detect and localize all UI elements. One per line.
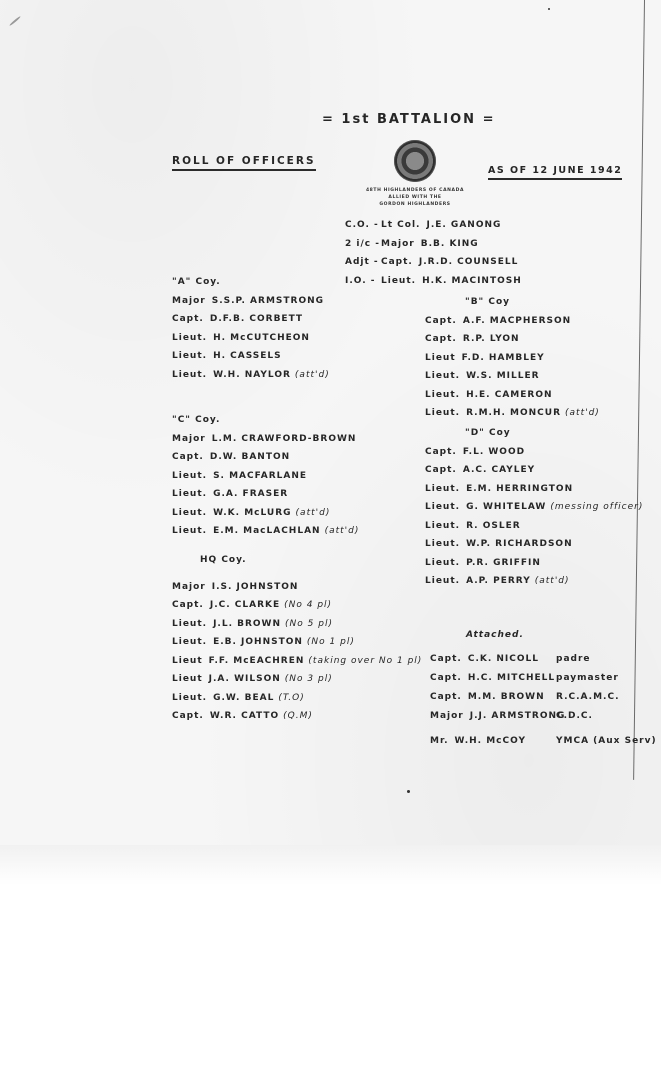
officer-rank: Capt. bbox=[172, 600, 204, 610]
officer-row: Capt.W.R. CATTO(Q.M) bbox=[172, 711, 313, 721]
attached-name: M.M. BROWN bbox=[468, 692, 545, 702]
staff-role: I.O. - bbox=[345, 276, 381, 286]
officer-rank: Capt. bbox=[425, 316, 457, 326]
attached-rank: Capt. bbox=[430, 673, 462, 683]
officer-row: LieutJ.A. WILSON(No 3 pl) bbox=[172, 674, 333, 684]
officer-rank: Capt. bbox=[425, 447, 457, 457]
officer-rank: Major bbox=[172, 296, 206, 306]
officer-name: W.H. NAYLOR bbox=[213, 370, 291, 380]
officer-name: H. CASSELS bbox=[213, 351, 282, 361]
crest-caption-line2: ALLIED WITH THE bbox=[350, 195, 480, 200]
crest-caption-line1: 48TH HIGHLANDERS OF CANADA bbox=[350, 188, 480, 193]
officer-rank: Major bbox=[172, 582, 206, 592]
officer-name: W.P. RICHARDSON bbox=[466, 539, 573, 549]
officer-row: MajorI.S. JOHNSTON bbox=[172, 582, 298, 592]
officer-name: W.K. McLURG bbox=[213, 508, 291, 518]
officer-rank: Lieut. bbox=[425, 390, 460, 400]
officer-row: Lieut.P.R. GRIFFIN bbox=[425, 558, 541, 568]
attached-rank: Mr. bbox=[430, 736, 449, 746]
officer-name: G. WHITELAW bbox=[466, 502, 546, 512]
officer-rank: Lieut. bbox=[425, 408, 460, 418]
staff-name: B.B. KING bbox=[421, 239, 479, 249]
staff-name: J.R.D. COUNSELL bbox=[419, 257, 519, 267]
officer-row: Capt.A.F. MACPHERSON bbox=[425, 316, 571, 326]
officer-rank: Lieut. bbox=[172, 508, 207, 518]
officer-name: J.A. WILSON bbox=[209, 674, 281, 684]
attached-row: Mr.W.H. McCOYYMCA (Aux Serv) bbox=[430, 736, 526, 746]
attached-row: Capt.C.K. NICOLLpadre bbox=[430, 654, 539, 664]
officer-rank: Lieut bbox=[172, 656, 203, 666]
page-margin-line bbox=[633, 0, 645, 780]
scan-bottom-shadow bbox=[0, 845, 661, 885]
officer-rank: Lieut. bbox=[172, 370, 207, 380]
officer-name: F.F. McEACHREN bbox=[209, 656, 305, 666]
officer-name: A.F. MACPHERSON bbox=[463, 316, 571, 326]
officer-rank: Lieut. bbox=[172, 333, 207, 343]
officer-rank: Lieut. bbox=[425, 576, 460, 586]
officer-rank: Lieut. bbox=[172, 351, 207, 361]
officer-row: Capt.R.P. LYON bbox=[425, 334, 520, 344]
crest-caption-line3: GORDON HIGHLANDERS bbox=[350, 202, 480, 207]
officer-row: Lieut.E.M. HERRINGTON bbox=[425, 484, 573, 494]
attached-role: paymaster bbox=[556, 673, 619, 683]
officer-note: (No 5 pl) bbox=[285, 619, 333, 629]
officer-rank: Capt. bbox=[425, 334, 457, 344]
officer-name: E.M. HERRINGTON bbox=[466, 484, 573, 494]
attached-role: padre bbox=[556, 654, 591, 664]
officer-rank: Capt. bbox=[172, 314, 204, 324]
officer-row: Lieut.J.L. BROWN(No 5 pl) bbox=[172, 619, 333, 629]
officer-name: S.S.P. ARMSTRONG bbox=[212, 296, 324, 306]
officer-row: Lieut.G.A. FRASER bbox=[172, 489, 288, 499]
officer-rank: Capt. bbox=[172, 711, 204, 721]
officer-row: Lieut.E.M. MacLACHLAN(att'd) bbox=[172, 526, 359, 536]
scan-speck bbox=[548, 8, 550, 10]
company-heading: "B" Coy bbox=[465, 297, 510, 307]
company-heading: "C" Coy. bbox=[172, 415, 220, 425]
attached-heading: Attached. bbox=[466, 630, 524, 640]
officer-rank: Lieut. bbox=[172, 526, 207, 536]
officer-row: Lieut.R. OSLER bbox=[425, 521, 521, 531]
staff-rank: Major bbox=[381, 239, 415, 249]
attached-rank: Major bbox=[430, 711, 464, 721]
officer-row: Capt.D.W. BANTON bbox=[172, 452, 290, 462]
officer-rank: Lieut. bbox=[172, 637, 207, 647]
officer-rank: Lieut. bbox=[425, 521, 460, 531]
officer-note: (att'd) bbox=[296, 508, 331, 518]
officer-rank: Lieut. bbox=[425, 539, 460, 549]
hq-staff-row: I.O. -Lieut.H.K. MACINTOSH bbox=[345, 276, 522, 286]
officer-row: Lieut.S. MACFARLANE bbox=[172, 471, 307, 481]
staff-name: J.E. GANONG bbox=[426, 220, 501, 230]
officer-note: (att'd) bbox=[325, 526, 360, 536]
regimental-crest-icon bbox=[394, 140, 436, 182]
officer-note: (Q.M) bbox=[283, 711, 313, 721]
officer-name: F.L. WOOD bbox=[463, 447, 525, 457]
staff-name: H.K. MACINTOSH bbox=[422, 276, 522, 286]
officer-row: LieutF.D. HAMBLEY bbox=[425, 353, 545, 363]
officer-name: J.C. CLARKE bbox=[210, 600, 280, 610]
officer-name: S. MACFARLANE bbox=[213, 471, 307, 481]
officer-rank: Lieut. bbox=[172, 693, 207, 703]
officer-name: P.R. GRIFFIN bbox=[466, 558, 541, 568]
officer-row: Lieut.R.M.H. MONCUR(att'd) bbox=[425, 408, 600, 418]
officer-name: R. OSLER bbox=[466, 521, 521, 531]
staff-role: C.O. - bbox=[345, 220, 381, 230]
officer-note: (No 3 pl) bbox=[285, 674, 333, 684]
officer-row: Lieut.H.E. CAMERON bbox=[425, 390, 553, 400]
officer-name: W.R. CATTO bbox=[210, 711, 279, 721]
attached-name: J.J. ARMSTRONG bbox=[470, 711, 566, 721]
officer-note: (att'd) bbox=[565, 408, 600, 418]
as-of-date-text: AS OF 12 JUNE 1942 bbox=[488, 165, 622, 176]
scan-speck bbox=[9, 16, 21, 27]
officer-rank: Capt. bbox=[172, 452, 204, 462]
attached-name: W.H. McCOY bbox=[455, 736, 526, 746]
hq-staff-row: C.O. -Lt Col.J.E. GANONG bbox=[345, 220, 501, 230]
officer-rank: Lieut. bbox=[425, 558, 460, 568]
attached-rank: Capt. bbox=[430, 654, 462, 664]
attached-row: Capt.M.M. BROWNR.C.A.M.C. bbox=[430, 692, 545, 702]
officer-rank: Lieut. bbox=[425, 371, 460, 381]
officer-name: J.L. BROWN bbox=[213, 619, 281, 629]
staff-role: Adjt - bbox=[345, 257, 381, 267]
hq-staff-row: 2 i/c -MajorB.B. KING bbox=[345, 239, 479, 249]
title-dash-left: = bbox=[322, 112, 341, 127]
attached-row: MajorJ.J. ARMSTRONGC.D.C. bbox=[430, 711, 565, 721]
officer-row: MajorS.S.P. ARMSTRONG bbox=[172, 296, 324, 306]
company-heading: "A" Coy. bbox=[172, 277, 221, 287]
officer-name: H.E. CAMERON bbox=[466, 390, 552, 400]
officer-name: G.A. FRASER bbox=[213, 489, 288, 499]
attached-name: H.C. MITCHELL bbox=[468, 673, 555, 683]
attached-role: C.D.C. bbox=[556, 711, 593, 721]
officer-row: Lieut.H. McCUTCHEON bbox=[172, 333, 310, 343]
officer-note: (att'd) bbox=[295, 370, 330, 380]
officer-note: (No 4 pl) bbox=[284, 600, 332, 610]
officer-row: Lieut.A.P. PERRY(att'd) bbox=[425, 576, 570, 586]
officer-row: Lieut.W.P. RICHARDSON bbox=[425, 539, 573, 549]
officer-row: LieutF.F. McEACHREN(taking over No 1 pl) bbox=[172, 656, 422, 666]
officer-note: (No 1 pl) bbox=[307, 637, 355, 647]
officer-name: E.M. MacLACHLAN bbox=[213, 526, 321, 536]
staff-rank: Capt. bbox=[381, 257, 413, 267]
officer-name: L.M. CRAWFORD-BROWN bbox=[212, 434, 357, 444]
attached-role: R.C.A.M.C. bbox=[556, 692, 620, 702]
officer-row: Lieut.W.K. McLURG(att'd) bbox=[172, 508, 330, 518]
officer-row: Lieut.G.W. BEAL(T.O) bbox=[172, 693, 305, 703]
attached-row: Capt.H.C. MITCHELLpaymaster bbox=[430, 673, 555, 683]
officer-name: D.F.B. CORBETT bbox=[210, 314, 303, 324]
officer-name: G.W. BEAL bbox=[213, 693, 274, 703]
title-dash-right: = bbox=[476, 112, 495, 127]
company-heading: "D" Coy bbox=[465, 428, 511, 438]
staff-rank: Lt Col. bbox=[381, 220, 420, 230]
officer-name: D.W. BANTON bbox=[210, 452, 290, 462]
attached-role: YMCA (Aux Serv) bbox=[556, 736, 657, 746]
battalion-title-text: 1st BATTALION bbox=[341, 112, 476, 127]
officer-rank: Lieut. bbox=[172, 489, 207, 499]
company-heading: HQ Coy. bbox=[200, 555, 247, 565]
staff-rank: Lieut. bbox=[381, 276, 416, 286]
officer-name: H. McCUTCHEON bbox=[213, 333, 310, 343]
officer-note: (att'd) bbox=[535, 576, 570, 586]
officer-note: (taking over No 1 pl) bbox=[308, 656, 422, 666]
officer-rank: Capt. bbox=[425, 465, 457, 475]
officer-rank: Major bbox=[172, 434, 206, 444]
officer-note: (T.O) bbox=[278, 693, 304, 703]
officer-rank: Lieut bbox=[425, 353, 456, 363]
officer-rank: Lieut. bbox=[172, 619, 207, 629]
officer-row: MajorL.M. CRAWFORD-BROWN bbox=[172, 434, 356, 444]
officer-row: Lieut.W.S. MILLER bbox=[425, 371, 540, 381]
battalion-title: = 1st BATTALION = bbox=[322, 112, 495, 127]
officer-name: W.S. MILLER bbox=[466, 371, 540, 381]
officer-rank: Lieut bbox=[172, 674, 203, 684]
staff-role: 2 i/c - bbox=[345, 239, 381, 249]
officer-name: F.D. HAMBLEY bbox=[462, 353, 545, 363]
roll-of-officers-heading: ROLL OF OFFICERS bbox=[172, 155, 316, 171]
scan-speck bbox=[407, 790, 410, 793]
officer-note: (messing officer) bbox=[550, 502, 643, 512]
officer-name: I.S. JOHNSTON bbox=[212, 582, 299, 592]
hq-staff-row: Adjt -Capt.J.R.D. COUNSELL bbox=[345, 257, 518, 267]
scanned-page: = 1st BATTALION = ROLL OF OFFICERS AS OF… bbox=[0, 0, 661, 845]
officer-row: Lieut.E.B. JOHNSTON(No 1 pl) bbox=[172, 637, 355, 647]
officer-row: Capt.D.F.B. CORBETT bbox=[172, 314, 303, 324]
officer-name: R.M.H. MONCUR bbox=[466, 408, 561, 418]
as-of-date-heading: AS OF 12 JUNE 1942 bbox=[488, 165, 622, 180]
officer-row: Capt.J.C. CLARKE(No 4 pl) bbox=[172, 600, 332, 610]
officer-rank: Lieut. bbox=[425, 502, 460, 512]
officer-rank: Lieut. bbox=[425, 484, 460, 494]
officer-row: Capt.A.C. CAYLEY bbox=[425, 465, 535, 475]
attached-name: C.K. NICOLL bbox=[468, 654, 539, 664]
attached-rank: Capt. bbox=[430, 692, 462, 702]
officer-row: Lieut.G. WHITELAW(messing officer) bbox=[425, 502, 643, 512]
officer-name: E.B. JOHNSTON bbox=[213, 637, 303, 647]
officer-row: Capt.F.L. WOOD bbox=[425, 447, 525, 457]
officer-row: Lieut.W.H. NAYLOR(att'd) bbox=[172, 370, 330, 380]
officer-name: A.C. CAYLEY bbox=[463, 465, 535, 475]
officer-name: A.P. PERRY bbox=[466, 576, 531, 586]
officer-name: R.P. LYON bbox=[463, 334, 520, 344]
officer-rank: Lieut. bbox=[172, 471, 207, 481]
officer-row: Lieut.H. CASSELS bbox=[172, 351, 282, 361]
